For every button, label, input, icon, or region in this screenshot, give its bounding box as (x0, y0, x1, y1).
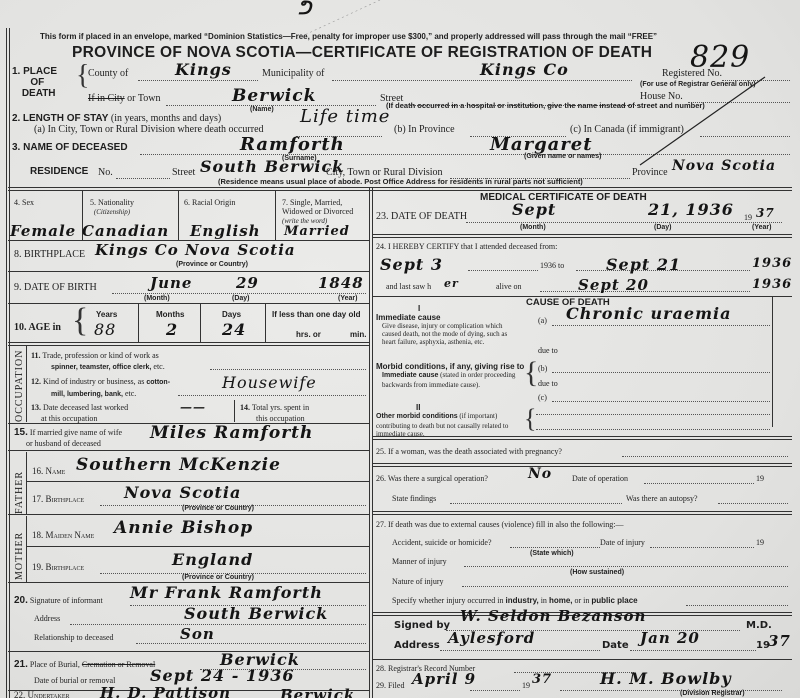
pen-strokes-overlay (0, 0, 800, 698)
death-certificate-page: ᕤ This form if placed in an envelope, ma… (0, 0, 800, 698)
